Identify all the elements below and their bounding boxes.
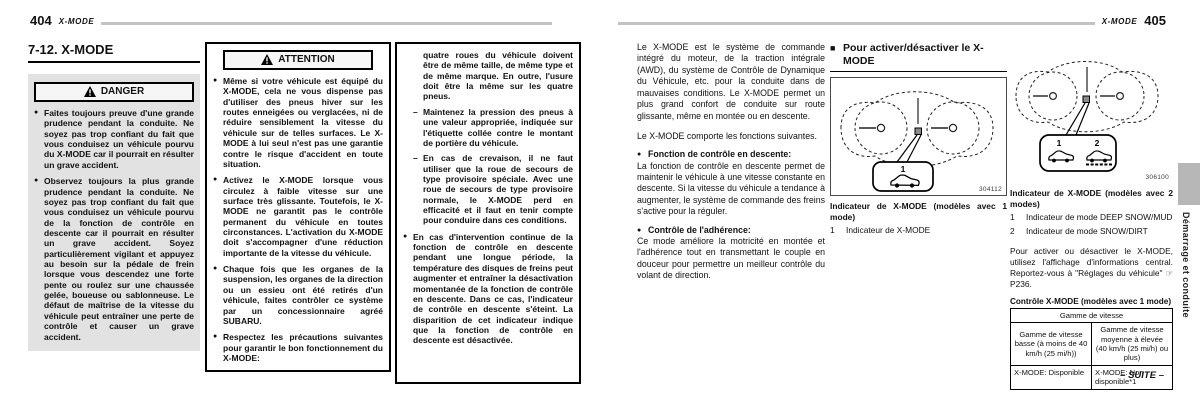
attention-continuation-text: quatre roues du véhicule doivent être de… xyxy=(423,50,573,102)
attention-dash-text: Maintenez la pression des pneus à une va… xyxy=(423,107,573,148)
function-title-row: Contrôle de l'adhérence: xyxy=(637,225,825,236)
danger-bullet-text: Observez toujours la plus grande prudenc… xyxy=(44,176,194,342)
dash-icon xyxy=(223,368,233,372)
column-figure-one-mode: Pour activer/désactiver le X-MODE xyxy=(830,42,1007,236)
column-intro: Le X-MODE est le système de commande int… xyxy=(637,42,825,282)
attention-bullet: Même si votre véhicule est équipé du X-M… xyxy=(213,76,383,169)
legend-item: 1 Indicateur de X-MODE xyxy=(830,225,1007,236)
warning-triangle-icon xyxy=(261,54,273,65)
cluster-illustration-one-mode: 1 xyxy=(831,78,1006,195)
running-header-right: X-MODE 405 xyxy=(618,14,1166,27)
attention-header: ATTENTION xyxy=(223,50,373,70)
callout-number: 2 xyxy=(1095,138,1100,148)
attention-bullet-text: En cas d'intervention continue de la fon… xyxy=(413,232,573,346)
running-title-left: X-MODE xyxy=(59,18,95,26)
attention-dash-text: Les pneus montés sur les xyxy=(233,368,337,372)
functions-intro: Le X-MODE comporte les fonctions suivant… xyxy=(637,131,825,142)
attention-dash-item: Maintenez la pression des pneus à une va… xyxy=(413,107,573,148)
bullet-icon xyxy=(403,232,413,346)
attention-title: ATTENTION xyxy=(278,54,334,65)
dash-icon xyxy=(413,153,423,226)
header-rule-left xyxy=(101,22,552,25)
running-title-right: X-MODE xyxy=(1102,18,1138,26)
figure-code: 306100 xyxy=(1146,174,1170,181)
figure-caption: Indicateur de X-MODE (modèles avec 1 mod… xyxy=(830,201,1007,222)
square-bullet-icon xyxy=(830,42,843,67)
column-figure-two-modes: 1 2 306100 Indicateur de X-MODE (modèles… xyxy=(1010,50,1173,390)
function-title-row: Fonction de contrôle en descente: xyxy=(637,149,825,160)
legend-item: 2 Indicateur de mode SNOW/DIRT xyxy=(1010,226,1173,237)
bullet-icon xyxy=(213,332,223,363)
bullet-icon xyxy=(213,76,223,169)
function-title: Contrôle de l'adhérence: xyxy=(648,225,751,236)
danger-bullet: Faites toujours preuve d'une grande prud… xyxy=(34,108,194,170)
manual-spread: 404 X-MODE X-MODE 405 7-12. X-MODE DANGE… xyxy=(0,0,1200,402)
warning-triangle-icon xyxy=(84,86,96,97)
table-col-header: Gamme de vitesse moyenne à élevée (40 km… xyxy=(1092,323,1173,366)
figure-one-mode: 1 304112 xyxy=(830,77,1007,196)
table-col-header: Gamme de vitesse basse (à moins de 40 km… xyxy=(1011,323,1092,366)
legend-label: Indicateur de mode DEEP SNOW/MUD xyxy=(1026,212,1172,223)
danger-header: DANGER xyxy=(34,82,194,102)
bullet-icon xyxy=(637,149,648,160)
attention-bullet-text: Même si votre véhicule est équipé du X-M… xyxy=(223,76,383,169)
attention-bullet: En cas d'intervention continue de la fon… xyxy=(403,232,573,346)
legend-number: 1 xyxy=(830,225,846,236)
attention-bullet-text: Respectez les précautions suivantes pour… xyxy=(223,332,383,363)
header-rule-right xyxy=(618,22,1095,25)
callout-number: 1 xyxy=(1057,138,1062,148)
figure-caption: Indicateur de X-MODE (modèles avec 2 mod… xyxy=(1010,188,1173,209)
legend-number: 1 xyxy=(1010,212,1026,223)
legend-number: 2 xyxy=(1010,226,1026,237)
function-body: La fonction de contrôle en descente perm… xyxy=(637,161,825,218)
bullet-icon xyxy=(213,175,223,258)
callout-number: 1 xyxy=(901,164,906,174)
dash-icon xyxy=(413,107,423,148)
page-number-right: 405 xyxy=(1144,14,1166,27)
function-body: Ce mode améliore la motricité en montée … xyxy=(637,236,825,282)
attention-dash-item: En cas de crevaison, il ne faut utiliser… xyxy=(413,153,573,226)
danger-bullet: Observez toujours la plus grande prudenc… xyxy=(34,176,194,342)
table-span-header: Gamme de vitesse xyxy=(1011,308,1173,322)
figure-code: 304112 xyxy=(979,186,1002,193)
bullet-icon xyxy=(213,264,223,326)
attention-bullet: Activez le X-MODE lorsque vous circulez … xyxy=(213,175,383,258)
legend-label: Indicateur de X-MODE xyxy=(846,225,930,236)
page-number-left: 404 xyxy=(30,14,52,27)
footer-continue: – SUITE – xyxy=(1120,370,1164,381)
attention-dash-text: En cas de crevaison, il ne faut utiliser… xyxy=(423,153,573,226)
attention-bullet: Respectez les précautions suivantes pour… xyxy=(213,332,383,363)
table-title: Contrôle X-MODE (modèles avec 1 mode) xyxy=(1010,297,1173,306)
danger-bullet-text: Faites toujours preuve d'une grande prud… xyxy=(44,108,194,170)
activate-heading-text: Pour activer/désactiver le X-MODE xyxy=(843,42,1007,67)
activate-paragraph: Pour activer ou désactiver le X-MODE, ut… xyxy=(1010,246,1173,290)
bullet-icon xyxy=(34,176,44,342)
attention-bullet: Chaque fois que les organes de la suspen… xyxy=(213,264,383,326)
activate-heading: Pour activer/désactiver le X-MODE xyxy=(830,42,1007,72)
attention-box-continued: quatre roues du véhicule doivent être de… xyxy=(395,42,581,384)
attention-box: ATTENTION Même si votre véhicule est équ… xyxy=(205,42,391,372)
function-title: Fonction de contrôle en descente: xyxy=(648,149,791,160)
column-attention-2: quatre roues du véhicule doivent être de… xyxy=(395,42,581,384)
danger-title: DANGER xyxy=(101,86,144,97)
legend-label: Indicateur de mode SNOW/DIRT xyxy=(1026,226,1148,237)
attention-bullet-text: Chaque fois que les organes de la suspen… xyxy=(223,264,383,326)
figure-two-modes: 1 2 306100 xyxy=(1010,50,1173,183)
column-attention-1: ATTENTION Même si votre véhicule est équ… xyxy=(205,42,391,372)
chapter-tab-label: Démarrage et conduite xyxy=(1181,212,1191,318)
cluster-illustration-two-modes: 1 2 xyxy=(1010,50,1173,183)
bullet-icon xyxy=(34,108,44,170)
chapter-tab-marker xyxy=(1178,163,1200,205)
running-header-left: 404 X-MODE xyxy=(30,14,552,27)
bullet-icon xyxy=(637,225,648,236)
legend-item: 1 Indicateur de mode DEEP SNOW/MUD xyxy=(1010,212,1173,223)
intro-paragraph: Le X-MODE est le système de commande int… xyxy=(637,42,825,122)
column-danger: 7-12. X-MODE DANGER Faites toujours preu… xyxy=(28,42,200,351)
attention-bullet-text: Activez le X-MODE lorsque vous circulez … xyxy=(223,175,383,258)
danger-panel: DANGER Faites toujours preuve d'une gran… xyxy=(28,74,200,351)
attention-dash-item: Les pneus montés sur les xyxy=(223,368,383,372)
section-title: 7-12. X-MODE xyxy=(28,42,200,63)
table-cell-value: X-MODE: Disponible xyxy=(1011,365,1092,389)
